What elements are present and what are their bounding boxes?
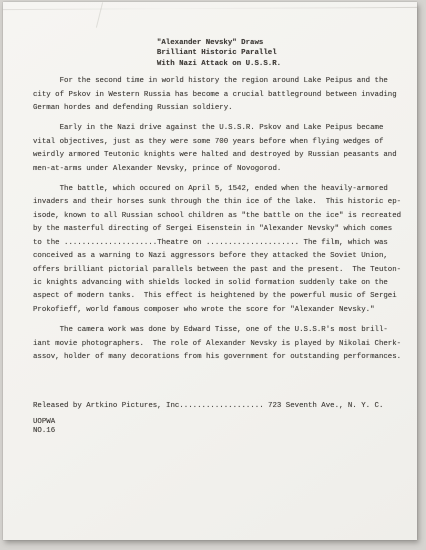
union-label: UOPWA [33,418,405,427]
text-line: Brilliant Historic Parallel [157,48,281,58]
text-line: ic knights advancing with shields locked… [33,277,405,290]
paragraph: For the second time in world history the… [33,75,405,115]
document-text: "Alexander Nevsky" DrawsBrilliant Histor… [33,38,405,437]
text-line: Early in the Nazi drive against the U.S.… [33,122,405,135]
text-line: German hordes and defending Russian sold… [33,102,405,115]
text-line: invaders and their horses sunk through t… [33,196,405,209]
text-line: For the second time in world history the… [33,75,405,88]
text-line: men-at-arms under Alexander Nevsky, prin… [33,163,405,176]
text-line: city of Pskov in Western Russia has beco… [33,89,405,102]
text-line: vital objectives, just as they were some… [33,136,405,149]
text-line: isode, known to all Russian school child… [33,210,405,223]
text-line: The camera work was done by Edward Tisse… [33,324,405,337]
paragraph: The battle, which occured on April 5, 15… [33,183,405,317]
paragraph: The camera work was done by Edward Tisse… [33,324,405,364]
text-line: conceived as a warning to Nazi aggressor… [33,250,405,263]
release-number: NO.16 [33,427,405,436]
text-line: iant movie photographers. The role of Al… [33,338,405,351]
text-line: "Alexander Nevsky" Draws [157,38,281,48]
text-line: to the .....................Theatre on .… [33,237,405,250]
union-bug: UOPWA NO.16 [33,418,405,437]
text-line: The battle, which occured on April 5, 15… [33,183,405,196]
text-line: aspect of modern tanks. This effect is h… [33,290,405,303]
document-title: "Alexander Nevsky" DrawsBrilliant Histor… [157,38,281,69]
text-line: Prokofieff, world famous composer who wr… [33,304,405,317]
text-line: weirdly armored Teutonic knights were ha… [33,149,405,162]
text-line: With Nazi Attack on U.S.S.R. [157,59,281,69]
released-by-line: Released by Artkino Pictures, Inc.......… [33,400,405,413]
release-footer: Released by Artkino Pictures, Inc.......… [33,400,405,436]
paper-sheet: "Alexander Nevsky" DrawsBrilliant Histor… [3,2,417,540]
text-line: assov, holder of many decorations from h… [33,351,405,364]
document-body: For the second time in world history the… [33,75,405,364]
photographed-press-release: { "doc": { "title_lines": [ "\"Alexander… [0,0,426,550]
paragraph: Early in the Nazi drive against the U.S.… [33,122,405,176]
text-line: offers brilliant pictorial parallels bet… [33,264,405,277]
text-line: by the masterful directing of Sergei Eis… [33,223,405,236]
